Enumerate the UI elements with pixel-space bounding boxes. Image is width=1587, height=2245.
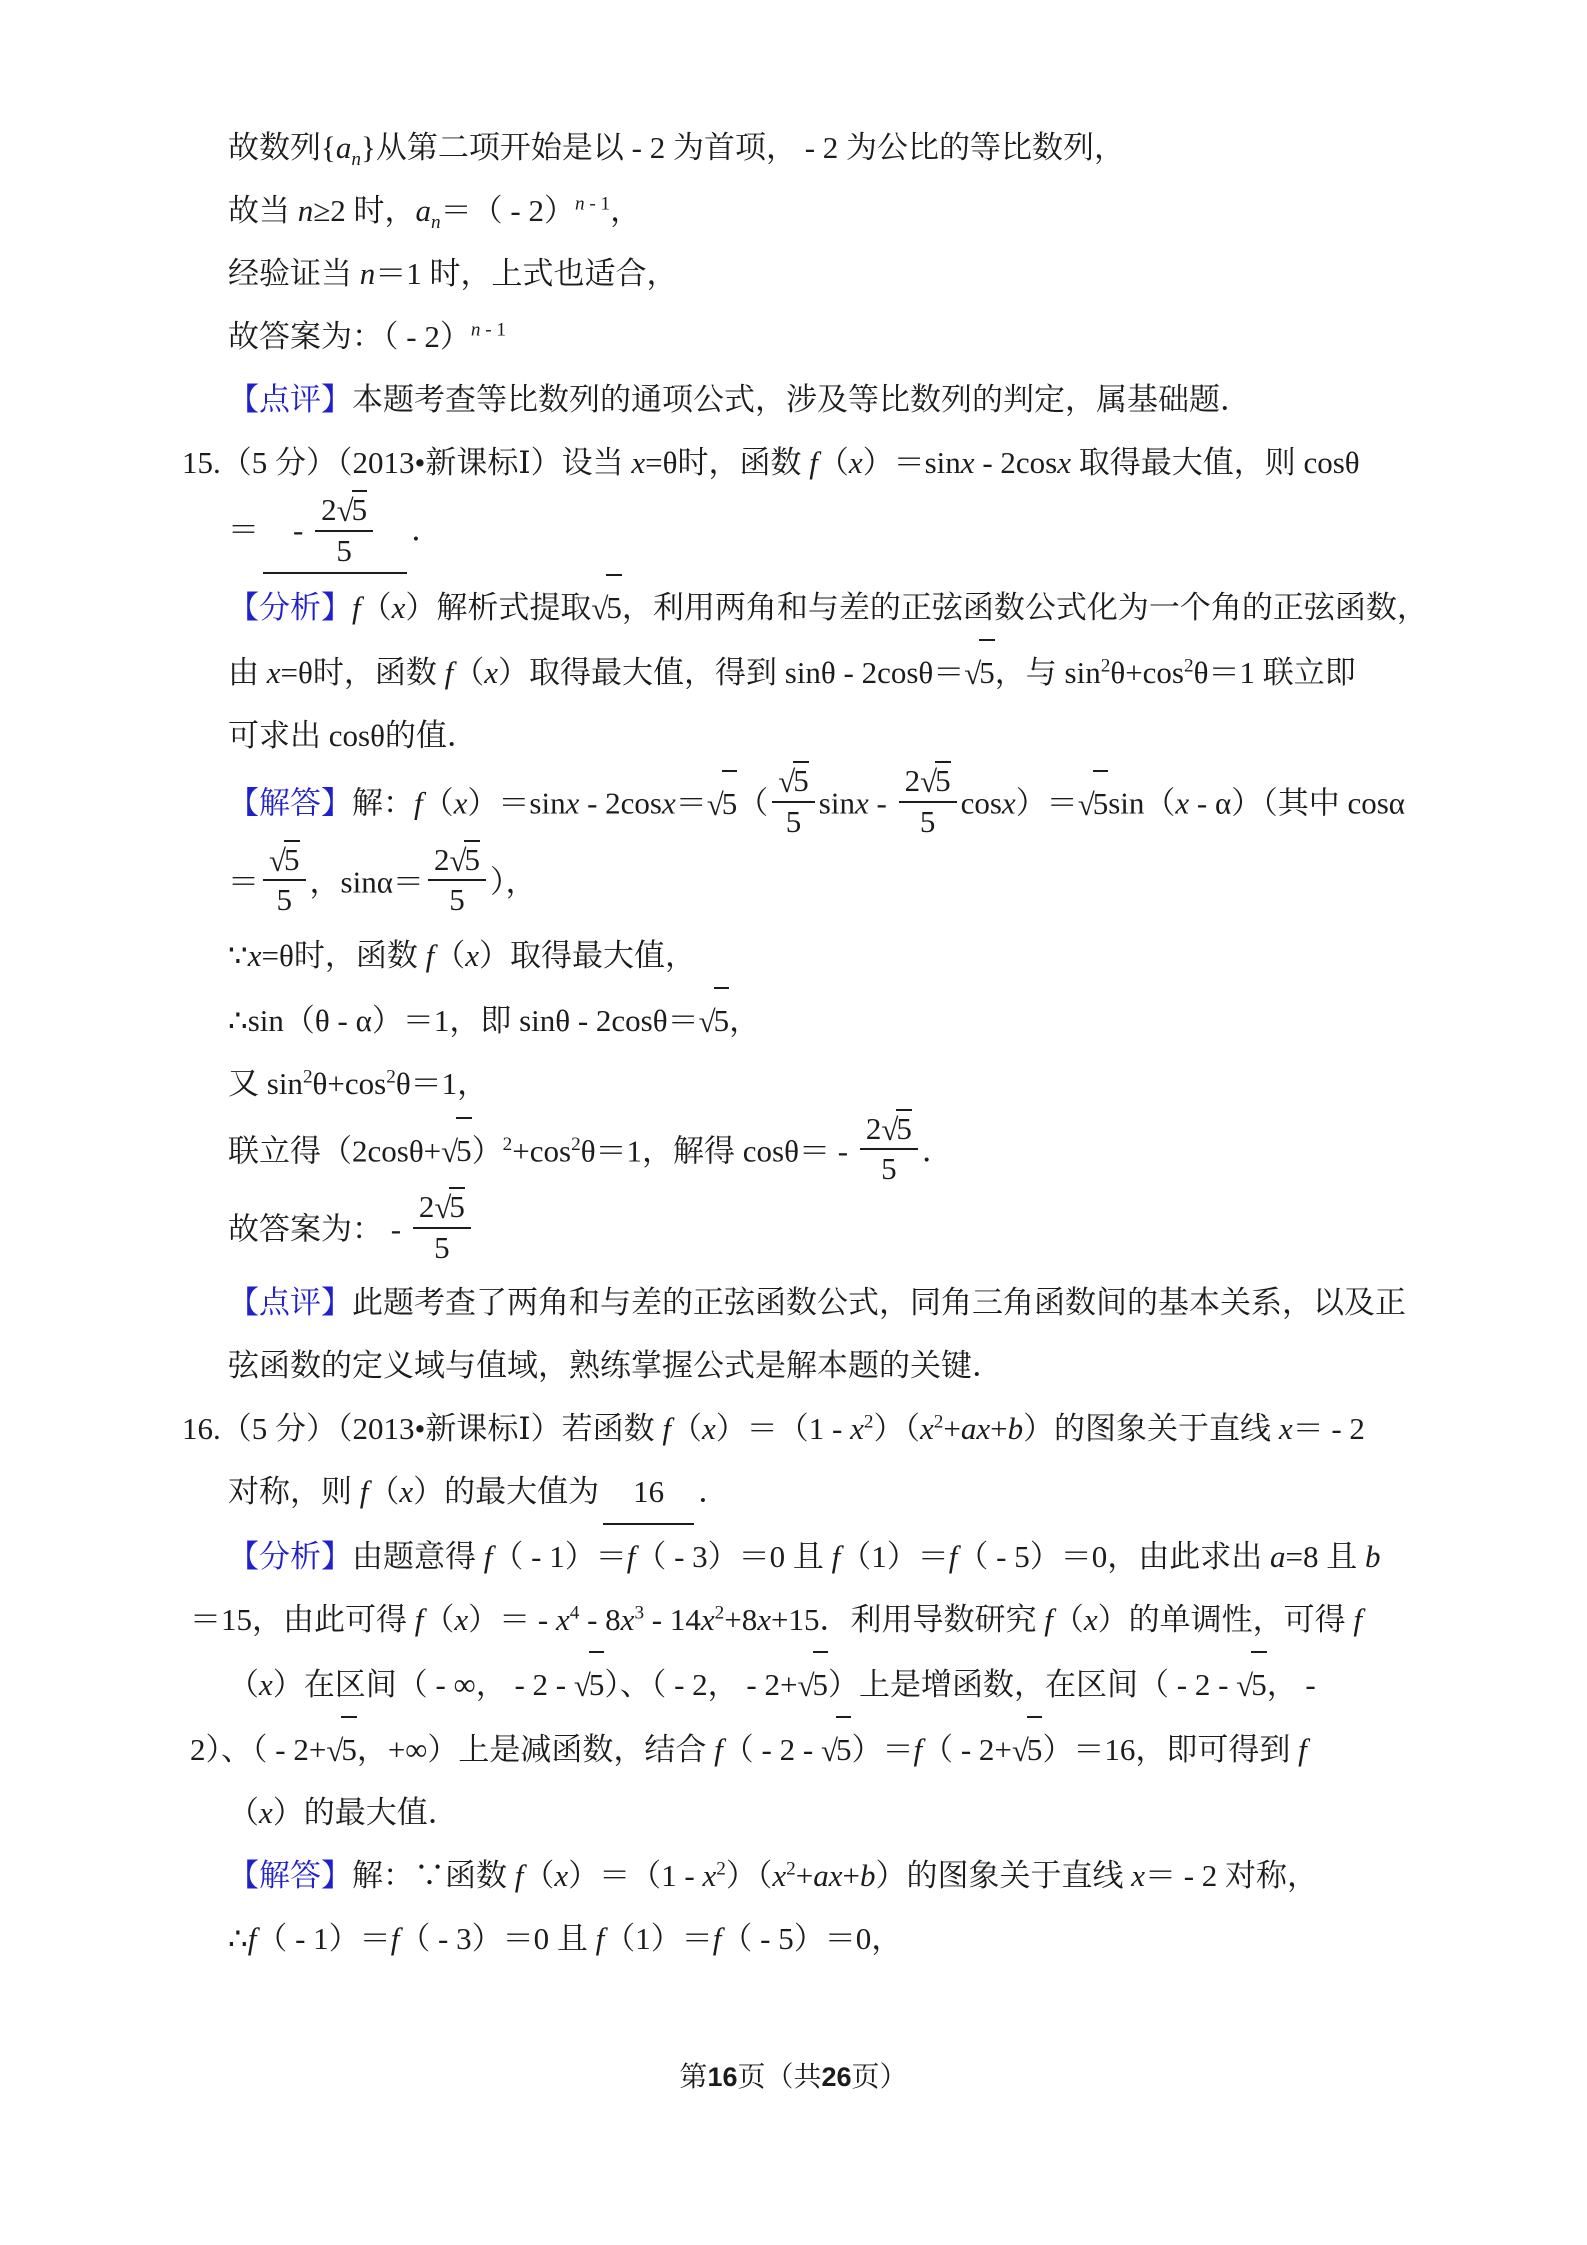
superscript: 2 [1101, 656, 1111, 677]
page-footer: 第16页（共26页） [0, 2055, 1587, 2095]
math-variable: f [662, 1411, 671, 1446]
radical-sign: √ [337, 493, 354, 529]
math-variable: f [1353, 1602, 1362, 1637]
section-label: 【解答】 [228, 1858, 352, 1893]
math-variable: x [662, 786, 676, 821]
math-variable: x [259, 1667, 273, 1702]
text-run: 5 [434, 1230, 450, 1265]
q14-answer: 故答案为：（ - 2）n - 1 [228, 305, 1439, 368]
radical-sign: √ [449, 843, 466, 879]
sqrt-radical: √5 [821, 1716, 852, 1781]
math-variable: f [714, 1732, 723, 1767]
radical-sign: √ [1236, 1654, 1253, 1717]
superscript: 2 [303, 1067, 313, 1088]
text-run: （ - 3）＝0 且 [635, 1539, 831, 1574]
text-run: 解： [352, 786, 414, 821]
superscript: 2 [934, 1412, 944, 1433]
section-label: 【点评】 [228, 382, 352, 417]
text-run: =θ时，函数 [645, 445, 809, 480]
text-run: ） [472, 1133, 503, 1168]
text-run: +cos [512, 1133, 571, 1168]
text-run: ，sinα＝ [310, 864, 424, 899]
text-run: 2 [864, 1412, 874, 1433]
fraction-numerator: 2√5 [413, 1187, 471, 1227]
math-variable: x [701, 1602, 715, 1637]
text-run: 2 [786, 1859, 796, 1880]
radicand: 5 [341, 1716, 357, 1781]
text-run: ＝ - 2 [1293, 1411, 1365, 1446]
text-run: ）的最大值为 [413, 1474, 599, 1509]
superscript: 2 [716, 1859, 726, 1880]
text-run: ）＝sin [863, 445, 961, 480]
text-run: 2 [1101, 656, 1111, 677]
fraction-numerator: 2√5 [315, 490, 373, 530]
text-run: 5 [920, 804, 936, 839]
math-variable: n [351, 149, 361, 170]
text-run: ． [411, 512, 442, 547]
math-variable: x [631, 445, 645, 480]
math-fraction: 2√55 [413, 1187, 471, 1265]
radicand: 5 [464, 840, 480, 878]
text-run: sin（ [1108, 786, 1175, 821]
text-run: 弦函数的定义域与值域，熟练掌握公式是解本题的关键． [228, 1348, 1003, 1383]
sqrt-radical: √5 [434, 1187, 465, 1225]
text-run: （ [671, 1411, 702, 1446]
text-run: （ [737, 786, 768, 821]
text-run: （ - 5）＝0， [721, 1921, 902, 1956]
document-content: 故数列{an}从第二项开始是以 - 2 为首项， - 2 为公比的等比数列，故当… [0, 0, 1587, 1970]
text-run: 2 [1184, 656, 1194, 677]
text-run: 可求出 cosθ的值． [228, 718, 478, 753]
sqrt-radical: √5 [1236, 1651, 1267, 1716]
text-run: 5 [786, 804, 802, 839]
math-variable: x [855, 786, 869, 821]
fraction-denominator: 5 [315, 530, 373, 569]
q15-analysis-3: 可求出 cosθ的值． [228, 704, 1439, 767]
math-variable: f [352, 590, 361, 625]
radicand: 5 [352, 490, 368, 528]
footer-total-pages: 26 [822, 2062, 852, 2092]
text-run: （ - 1）＝ [256, 1921, 390, 1956]
text-run: 2 [934, 1412, 944, 1433]
text-run: θ＝1， [396, 1066, 488, 1101]
radical-sign: √ [434, 1190, 451, 1226]
text-run: ． [698, 1474, 729, 1509]
radical-sign: √ [441, 1120, 458, 1183]
fraction-denominator: 5 [413, 1227, 471, 1266]
superscript: 2 [503, 1134, 513, 1155]
footer-mid: 页（共 [737, 2062, 821, 2093]
text-run: 2）、（ - 2+ [190, 1732, 326, 1767]
math-variable: x [556, 1602, 570, 1637]
text-run: （ - 2 - [723, 1732, 821, 1767]
text-run: ＝ [676, 786, 707, 821]
question-15: 15.（5 分）（2013•新课标Ⅰ）设当 x=θ时，函数 f（x）＝sinx … [182, 431, 1439, 494]
text-run: （ [361, 590, 392, 625]
fraction-numerator: √5 [263, 840, 306, 880]
radicand: 5 [1027, 1716, 1043, 1781]
q15-comment-1: 【点评】此题考查了两角和与差的正弦函数公式，同角三角函数间的基本关系，以及正 [228, 1271, 1439, 1334]
math-variable: f [913, 1732, 922, 1767]
radical-sign: √ [798, 1654, 815, 1717]
math-variable: f [1044, 1602, 1053, 1637]
text-run: ）的图象关于直线 [1023, 1411, 1279, 1446]
text-run: θ＝1 联立即 [1194, 655, 1356, 690]
text-run: （ [523, 1858, 554, 1893]
question-16: 16.（5 分）（2013•新课标Ⅰ）若函数 f（x）＝（1 - x2）（x2+… [182, 1397, 1439, 1460]
radical-sign: √ [881, 1112, 898, 1148]
text-run: + [990, 1411, 1007, 1446]
radicand: 5 [896, 1109, 912, 1147]
fraction-numerator: 2√5 [899, 761, 957, 801]
text-run: ）取得最大值，得到 sinθ - 2cosθ＝ [498, 655, 964, 690]
text-run: ， [610, 193, 641, 228]
text-run: （ [453, 655, 484, 690]
text-run: sin [819, 786, 855, 821]
radicand: 5 [979, 639, 995, 704]
superscript: 2 [864, 1412, 874, 1433]
text-run: ＝ [228, 512, 259, 547]
text-run: ）取得最大值， [479, 938, 696, 973]
text-run: + [796, 1858, 813, 1893]
text-run: - 2cos [975, 445, 1058, 480]
text-run: ， - [1267, 1667, 1316, 1702]
math-variable: x [1175, 786, 1189, 821]
text-run: ）解析式提取 [405, 590, 591, 625]
text-run: 对称，则 [228, 1474, 360, 1509]
text-run: ）＝（1 - [716, 1411, 850, 1446]
q14-seq-conclusion: 故数列{an}从第二项开始是以 - 2 为首项， - 2 为公比的等比数列， [228, 116, 1439, 179]
text-run: ）＝sin [467, 786, 565, 821]
text-run: ）＝16，即可得到 [1042, 1732, 1298, 1767]
radical-sign: √ [778, 764, 795, 800]
text-run: 4 [570, 1603, 580, 1624]
text-run: 2 [716, 1859, 726, 1880]
radicand: 5 [456, 1117, 472, 1182]
math-variable: x [1279, 1411, 1293, 1446]
sqrt-radical: √5 [326, 1716, 357, 1781]
q15-comment-2: 弦函数的定义域与值域，熟练掌握公式是解本题的关键． [228, 1334, 1439, 1397]
math-fraction: 2√55 [899, 761, 957, 839]
q15-solution-1: 【解答】解：f（x）＝sinx - 2cosx＝√5（√55sinx - 2√5… [228, 767, 1439, 845]
math-variable: x [961, 445, 975, 480]
radical-sign: √ [964, 642, 981, 705]
text-run: - α）（其中 cosα [1189, 786, 1405, 821]
text-run: ）、（ - 2， - 2+ [604, 1667, 797, 1702]
text-run: +8 [724, 1602, 757, 1637]
text-run: 16 [633, 1474, 664, 1509]
text-run: ，与 sin [995, 655, 1101, 690]
text-run: （ - 3）＝0 且 [399, 1921, 595, 1956]
radical-sign: √ [920, 764, 937, 800]
text-run: ）上是增函数，在区间（ - 2 - [828, 1667, 1236, 1702]
text-run: 3 [634, 1603, 644, 1624]
text-run: cos [961, 786, 1002, 821]
math-variable: x [1084, 1602, 1098, 1637]
text-run: 2 [434, 842, 450, 877]
text-run: ∵ [228, 938, 248, 973]
text-run: ． [922, 1133, 953, 1168]
math-variable: x [772, 1858, 786, 1893]
q15-solution-3: ∵x=θ时，函数 f（x）取得最大值， [228, 924, 1439, 987]
text-run: （ [423, 1602, 454, 1637]
footer-page-number: 16 [707, 2062, 737, 2092]
text-run: （ [1053, 1602, 1084, 1637]
text-run: ，利用两角和与差的正弦函数公式化为一个角的正弦函数， [622, 590, 1428, 625]
math-fraction: 2√55 [428, 840, 486, 918]
radical-sign: √ [574, 1654, 591, 1717]
math-variable: b [1365, 1539, 1381, 1574]
text-run: ，+∞）上是减函数，结合 [357, 1732, 714, 1767]
math-variable: n [298, 193, 314, 228]
sqrt-radical: √5 [337, 490, 368, 528]
radical-sign: √ [1012, 1719, 1029, 1782]
text-run: 故数列{ [228, 130, 336, 165]
q16-analysis-4: 2）、（ - 2+√5，+∞）上是减函数，结合 f（ - 2 - √5）＝f（ … [190, 1716, 1439, 1781]
radicand: 5 [1251, 1651, 1267, 1716]
text-run: - 8 [579, 1602, 620, 1637]
text-run: }从第二项开始是以 - 2 为首项， - 2 为公比的等比数列， [361, 130, 1125, 165]
superscript: 3 [634, 1603, 644, 1624]
sqrt-radical: √5 [920, 761, 951, 799]
radicand: 5 [813, 1651, 829, 1716]
q15-answer: 故答案为： - 2√55 [228, 1193, 1439, 1271]
text-run: 2 [386, 1067, 396, 1088]
radicand: 5 [284, 840, 300, 878]
sqrt-radical: √5 [449, 840, 480, 878]
text-run: =θ时，函数 [281, 655, 445, 690]
text-run: （1）＝ [840, 1539, 949, 1574]
q16-analysis-2: ＝15，由此可得 f（x）＝ - x4 - 8x3 - 14x2+8x+15．利… [190, 1588, 1439, 1651]
radicand: 5 [606, 574, 622, 639]
radicand: 5 [722, 770, 738, 835]
math-fraction: 2√55 [860, 1109, 918, 1187]
text-run: 此题考查了两角和与差的正弦函数公式，同角三角函数间的基本关系，以及正 [352, 1285, 1406, 1320]
text-run: （ [228, 1795, 259, 1830]
radicand: 5 [1093, 770, 1109, 835]
superscript: 2 [786, 1859, 796, 1880]
section-label: 【点评】 [228, 1285, 352, 1320]
radicand: 5 [714, 987, 730, 1052]
math-variable: a [1270, 1539, 1286, 1574]
section-label: 【分析】 [228, 590, 352, 625]
text-run: + [943, 1411, 960, 1446]
text-run: ≥2 时， [313, 193, 415, 228]
sqrt-radical: √5 [798, 1651, 829, 1716]
q15-answer-blank: ＝ - 2√55． [228, 494, 1439, 574]
sqrt-radical: √5 [778, 761, 809, 799]
text-run: 由题意得 [352, 1539, 484, 1574]
fraction-numerator: 2√5 [428, 840, 486, 880]
text-run: 2 [571, 1134, 581, 1155]
math-variable: x [566, 786, 580, 821]
math-variable: x [850, 1411, 864, 1446]
text-run: ＝1 时，上式也适合， [375, 256, 677, 291]
sqrt-radical: √5 [269, 840, 300, 878]
q16-solution-2: ∴f（ - 1）＝f（ - 3）＝0 且 f（1）＝f（ - 5）＝0， [228, 1907, 1439, 1970]
math-variable: ax [961, 1411, 990, 1446]
q16-analysis-5: （x）的最大值． [228, 1781, 1439, 1844]
math-variable: a [416, 193, 432, 228]
text-run: ）的最大值． [273, 1795, 459, 1830]
math-variable: n [360, 256, 376, 291]
radicand: 5 [836, 1716, 852, 1781]
sqrt-radical: √5 [441, 1117, 472, 1182]
sqrt-radical: √5 [881, 1109, 912, 1147]
text-run: ∴ [228, 1921, 248, 1956]
subscript: n [431, 212, 441, 233]
fraction-numerator: 2√5 [860, 1109, 918, 1149]
text-run: =θ时，函数 [262, 938, 426, 973]
text-run: ）在区间（ - ∞， - 2 - [273, 1667, 574, 1702]
text-run: θ＝1，解得 cosθ＝ - [581, 1133, 856, 1168]
text-run: （ [434, 938, 465, 973]
math-variable: n [575, 194, 585, 215]
q16-analysis-3: （x）在区间（ - ∞， - 2 - √5）、（ - 2， - 2+√5）上是增… [228, 1651, 1439, 1716]
text-run: 取得最大值，则 cosθ [1071, 445, 1360, 480]
radical-sign: √ [326, 1719, 343, 1782]
q14-comment: 【点评】本题考查等比数列的通项公式，涉及等比数列的判定，属基础题． [228, 368, 1439, 431]
radical-sign: √ [1078, 773, 1095, 836]
radicand: 5 [589, 1651, 605, 1716]
text-run: 2 [303, 1067, 313, 1088]
math-variable: x [484, 655, 498, 690]
fraction-denominator: 5 [772, 801, 815, 840]
text-run: ）＝（1 - [568, 1858, 702, 1893]
text-run: - [293, 512, 311, 547]
fraction-denominator: 5 [860, 1148, 918, 1187]
radicand: 5 [793, 761, 809, 799]
q16-answer-blank: 对称，则 f（x）的最大值为16． [228, 1460, 1439, 1525]
text-run: 5 [449, 882, 465, 917]
math-variable: f [832, 1539, 841, 1574]
sqrt-radical: √5 [574, 1651, 605, 1716]
superscript: n - 1 [471, 320, 506, 341]
text-run: ）的单调性，可得 [1098, 1602, 1354, 1637]
superscript: n - 1 [575, 194, 610, 215]
text-run: ）＝ [851, 1732, 913, 1767]
math-variable: f [445, 655, 454, 690]
q14-verification: 经验证当 n＝1 时，上式也适合， [228, 242, 1439, 305]
text-run: 又 sin [228, 1066, 303, 1101]
math-variable: x [621, 1602, 635, 1637]
q15-analysis-2: 由 x=θ时，函数 f（x）取得最大值，得到 sinθ - 2cosθ＝√5，与… [228, 639, 1439, 704]
footer-prefix: 第 [679, 2062, 707, 2093]
text-run: 解：∵函数 [352, 1858, 515, 1893]
superscript: 4 [570, 1603, 580, 1624]
math-variable: x [1057, 445, 1071, 480]
text-run: 2 [419, 1189, 435, 1224]
text-run: +15．利用导数研究 [771, 1602, 1044, 1637]
math-variable: x [554, 1858, 568, 1893]
text-run: 故当 [228, 193, 298, 228]
math-variable: x [465, 938, 479, 973]
section-label: 【分析】 [228, 1539, 352, 1574]
math-variable: n [471, 320, 481, 341]
math-variable: f [414, 786, 423, 821]
text-run: ）， [490, 864, 537, 899]
text-run: ）（ [873, 1411, 920, 1446]
superscript: 2 [1184, 656, 1194, 677]
text-run: ＝ [228, 864, 259, 899]
answer-blank: 16 [603, 1460, 694, 1525]
text-run: （ [818, 445, 849, 480]
math-variable: n [431, 212, 441, 233]
text-run: 15.（5 分）（2013•新课标Ⅰ）设当 [182, 445, 631, 480]
fraction-numerator: √5 [772, 761, 815, 801]
text-run: 联立得（2cosθ+ [228, 1133, 441, 1168]
radical-sign: √ [591, 577, 608, 640]
q15-solution-5: 又 sin2θ+cos2θ＝1， [228, 1052, 1439, 1115]
q15-solution-4: ∴sin（θ - α）＝1，即 sinθ - 2cosθ＝√5， [228, 987, 1439, 1052]
radicand: 5 [449, 1187, 465, 1225]
math-variable: x [259, 1795, 273, 1830]
answer-blank: - 2√55 [263, 494, 407, 574]
math-variable: f [426, 938, 435, 973]
text-run: =8 且 [1285, 1539, 1364, 1574]
radical-sign: √ [821, 1719, 838, 1782]
text-run: ∴sin（θ - α）＝1，即 sinθ - 2cosθ＝ [228, 1003, 699, 1038]
text-run: ）（ [726, 1858, 773, 1893]
fraction-denominator: 5 [263, 879, 306, 918]
fraction-denominator: 5 [428, 879, 486, 918]
q15-solution-6: 联立得（2cosθ+√5）2+cos2θ＝1，解得 cosθ＝ - 2√55． [228, 1115, 1439, 1193]
q15-analysis-1: 【分析】f（x）解析式提取√5，利用两角和与差的正弦函数公式化为一个角的正弦函数… [228, 574, 1439, 639]
text-run: （ - 1）＝ [492, 1539, 626, 1574]
math-fraction: 2√55 [315, 490, 373, 568]
text-run: ）＝ [1016, 786, 1078, 821]
text-run: 由 [228, 655, 267, 690]
q16-solution-1: 【解答】解：∵函数 f（x）＝（1 - x2）（x2+ax+b）的图象关于直线 … [228, 1844, 1439, 1907]
math-fraction: √55 [772, 761, 815, 839]
text-run: - 2cos [579, 786, 662, 821]
sqrt-radical: √5 [707, 770, 738, 835]
math-variable: f [596, 1921, 605, 1956]
text-run: - [869, 786, 895, 821]
text-run: 5 [277, 882, 293, 917]
math-variable: x [248, 938, 262, 973]
sqrt-radical: √5 [591, 574, 622, 639]
text-run: 2 [866, 1111, 882, 1146]
subscript: n [351, 149, 361, 170]
sqrt-radical: √5 [1078, 770, 1109, 835]
math-variable: x [920, 1411, 934, 1446]
text-run: ＝（ - 2） [441, 193, 575, 228]
math-variable: x [399, 1474, 413, 1509]
text-run: - 1 [480, 320, 506, 341]
math-variable: x [702, 1858, 716, 1893]
radical-sign: √ [269, 843, 286, 879]
math-variable: b [1008, 1411, 1024, 1446]
text-run: θ+cos [1110, 655, 1184, 690]
math-variable: x [757, 1602, 771, 1637]
radical-sign: √ [699, 990, 716, 1053]
text-run: （ - 2+ [922, 1732, 1012, 1767]
text-run: θ+cos [313, 1066, 387, 1101]
math-variable: ax [813, 1858, 842, 1893]
text-run: ）＝ - [468, 1602, 556, 1637]
math-variable: x [392, 590, 406, 625]
text-run: - 1 [585, 194, 611, 215]
math-fraction: √55 [263, 840, 306, 918]
text-run: 2 [321, 492, 337, 527]
math-variable: x [1002, 786, 1016, 821]
radicand: 5 [935, 761, 951, 799]
text-run: ＝ - 2 对称， [1145, 1858, 1318, 1893]
math-variable: x [1131, 1858, 1145, 1893]
text-run: （1）＝ [604, 1921, 713, 1956]
sqrt-radical: √5 [1012, 1716, 1043, 1781]
